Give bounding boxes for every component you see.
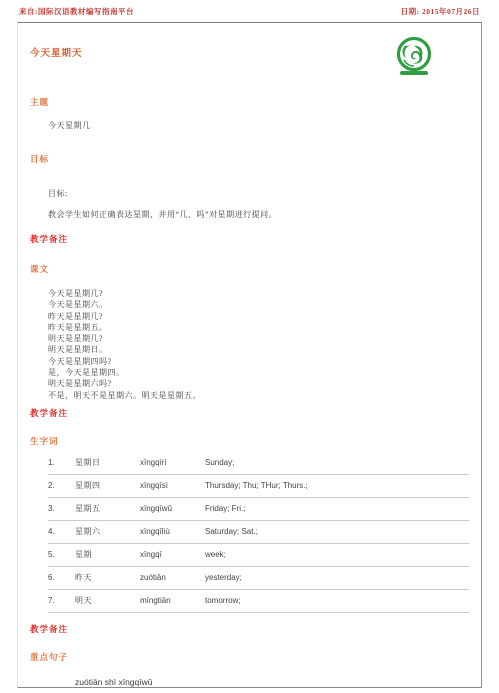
document-body: 今天星期天 主题 今天星期几 目标 目标: 教会学生如何正确表达星期，并用“几、…	[17, 22, 482, 688]
lesson-line: 明天是星期几?	[48, 333, 469, 344]
section-topic-label: 主题	[30, 96, 469, 108]
lesson-line: 今天是星期六。	[48, 299, 469, 310]
vocab-row: 4.星期六xīngqīliùSaturday; Sat.;	[48, 521, 469, 544]
vocab-word: 昨天	[75, 572, 140, 583]
topic-content: 今天星期几	[48, 120, 469, 131]
section-lesson-label: 课文	[30, 263, 469, 275]
vocab-num: 6.	[48, 573, 75, 582]
vocab-word: 星期六	[75, 526, 140, 537]
vocab-num: 3.	[48, 504, 75, 513]
confucius-institute-logo-icon	[390, 36, 438, 78]
vocab-row: 6.昨天zuótiānyesterday;	[48, 567, 469, 590]
vocab-pinyin: xīngqīliù	[140, 527, 205, 536]
vocab-meaning: yesterday;	[205, 573, 469, 582]
vocab-word: 星期	[75, 549, 140, 560]
vocab-pinyin: míngtiān	[140, 596, 205, 605]
lesson-line: 昨天是星期几?	[48, 311, 469, 322]
header-date: 日期: 2015年07月26日	[401, 6, 480, 17]
vocab-meaning: week;	[205, 550, 469, 559]
vocab-pinyin: zuótiān	[140, 573, 205, 582]
vocab-pinyin: xīngqīsì	[140, 481, 205, 490]
vocab-row: 2.星期四xīngqīsìThursday; Thu; THur; Thurs.…	[48, 475, 469, 498]
goal-line-2: 教会学生如何正确表达星期，并用“几、吗”对星期进行提问。	[48, 209, 469, 220]
vocab-table: 1.星期日xīngqīrìSunday;2.星期四xīngqīsìThursda…	[48, 452, 469, 613]
vocab-word: 星期日	[75, 457, 140, 468]
vocab-row: 1.星期日xīngqīrìSunday;	[48, 452, 469, 475]
vocab-row: 5.星期xīngqīweek;	[48, 544, 469, 567]
section-vocab-label: 生字词	[30, 435, 469, 447]
vocab-pinyin: xīngqī	[140, 550, 205, 559]
vocab-num: 1.	[48, 458, 75, 467]
vocab-row: 7.明天míngtiāntomorrow;	[48, 590, 469, 613]
section-goal-label: 目标	[30, 153, 469, 165]
teaching-note-label-3: 教学备注	[30, 623, 469, 635]
lesson-line: 昨天是星期五。	[48, 322, 469, 333]
goal-line-1: 目标:	[48, 188, 469, 199]
section-key-sentences-label: 重点句子	[30, 651, 469, 663]
teaching-note-label-1: 教学备注	[30, 233, 469, 245]
vocab-meaning: Sunday;	[205, 458, 469, 467]
document-page: { "header": { "source": "来自:国际汉语教材编写指南平台…	[0, 0, 499, 693]
vocab-pinyin: xīngqīrì	[140, 458, 205, 467]
vocab-word: 星期四	[75, 480, 140, 491]
lesson-line: 不是，明天不是星期六。明天是星期五。	[48, 390, 469, 401]
vocab-pinyin: xīngqīwǔ	[140, 504, 205, 513]
teaching-note-label-2: 教学备注	[30, 407, 469, 419]
vocab-row: 3.星期五xīngqīwǔFriday; Fri.;	[48, 498, 469, 521]
vocab-num: 7.	[48, 596, 75, 605]
lesson-line: 今天是星期几?	[48, 288, 469, 299]
lesson-lines: 今天是星期几?今天是星期六。昨天是星期几?昨天是星期五。明天是星期几?明天是星期…	[48, 288, 469, 401]
header-source: 来自:国际汉语教材编写指南平台	[19, 6, 134, 17]
vocab-num: 4.	[48, 527, 75, 536]
key-sentence-content: zuótiān shì xīngqīwǔ	[75, 677, 469, 687]
vocab-meaning: Thursday; Thu; THur; Thurs.;	[205, 481, 469, 490]
lesson-line: 今天是星期四吗?	[48, 356, 469, 367]
vocab-meaning: Saturday; Sat.;	[205, 527, 469, 536]
lesson-line: 是，今天是星期四。	[48, 367, 469, 378]
vocab-num: 5.	[48, 550, 75, 559]
vocab-meaning: tomorrow;	[205, 596, 469, 605]
page-header: 来自:国际汉语教材编写指南平台 日期: 2015年07月26日	[0, 0, 499, 22]
vocab-word: 明天	[75, 595, 140, 606]
vocab-meaning: Friday; Fri.;	[205, 504, 469, 513]
vocab-word: 星期五	[75, 503, 140, 514]
lesson-line: 明天是星期六吗?	[48, 378, 469, 389]
lesson-line: 明天是星期日。	[48, 344, 469, 355]
vocab-num: 2.	[48, 481, 75, 490]
